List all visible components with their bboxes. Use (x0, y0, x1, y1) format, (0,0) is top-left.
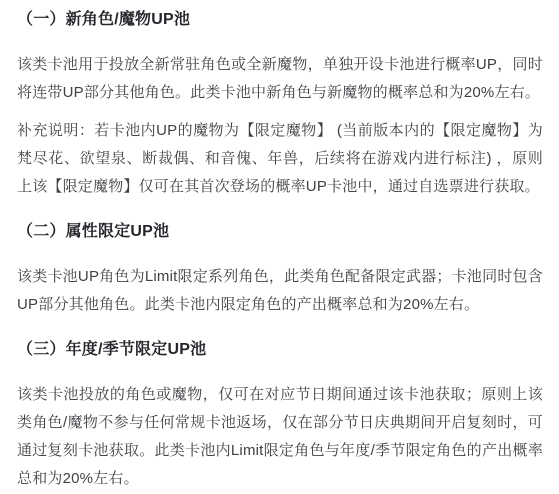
section-new-character-monster-up-pool: （一）新角色/魔物UP池 该类卡池用于投放全新常驻角色或全新魔物，单独开设卡池进… (17, 8, 543, 201)
section-1-paragraph-2-supplementary-note: 补充说明：若卡池内UP的魔物为【限定魔物】 (当前版本内的【限定魔物】为梵尽花、… (17, 117, 543, 201)
section-1-paragraph-1: 该类卡池用于投放全新常驻角色或全新魔物，单独开设卡池进行概率UP，同时将连带UP… (17, 51, 543, 107)
section-2-paragraph-1: 该类卡池UP角色为Limit限定系列角色，此类角色配备限定武器；卡池同时包含UP… (17, 263, 543, 319)
section-3-heading: （三）年度/季节限定UP池 (17, 338, 543, 362)
section-3-paragraph-1: 该类卡池投放的角色或魔物，仅可在对应节日期间通过该卡池获取；原则上该类角色/魔物… (17, 381, 543, 493)
announcement-document: （一）新角色/魔物UP池 该类卡池用于投放全新常驻角色或全新魔物，单独开设卡池进… (0, 0, 559, 493)
section-annual-seasonal-limited-up-pool: （三）年度/季节限定UP池 该类卡池投放的角色或魔物，仅可在对应节日期间通过该卡… (17, 338, 543, 493)
section-2-heading: （二）属性限定UP池 (17, 220, 543, 244)
section-1-heading: （一）新角色/魔物UP池 (17, 8, 543, 32)
section-attribute-limited-up-pool: （二）属性限定UP池 该类卡池UP角色为Limit限定系列角色，此类角色配备限定… (17, 220, 543, 319)
